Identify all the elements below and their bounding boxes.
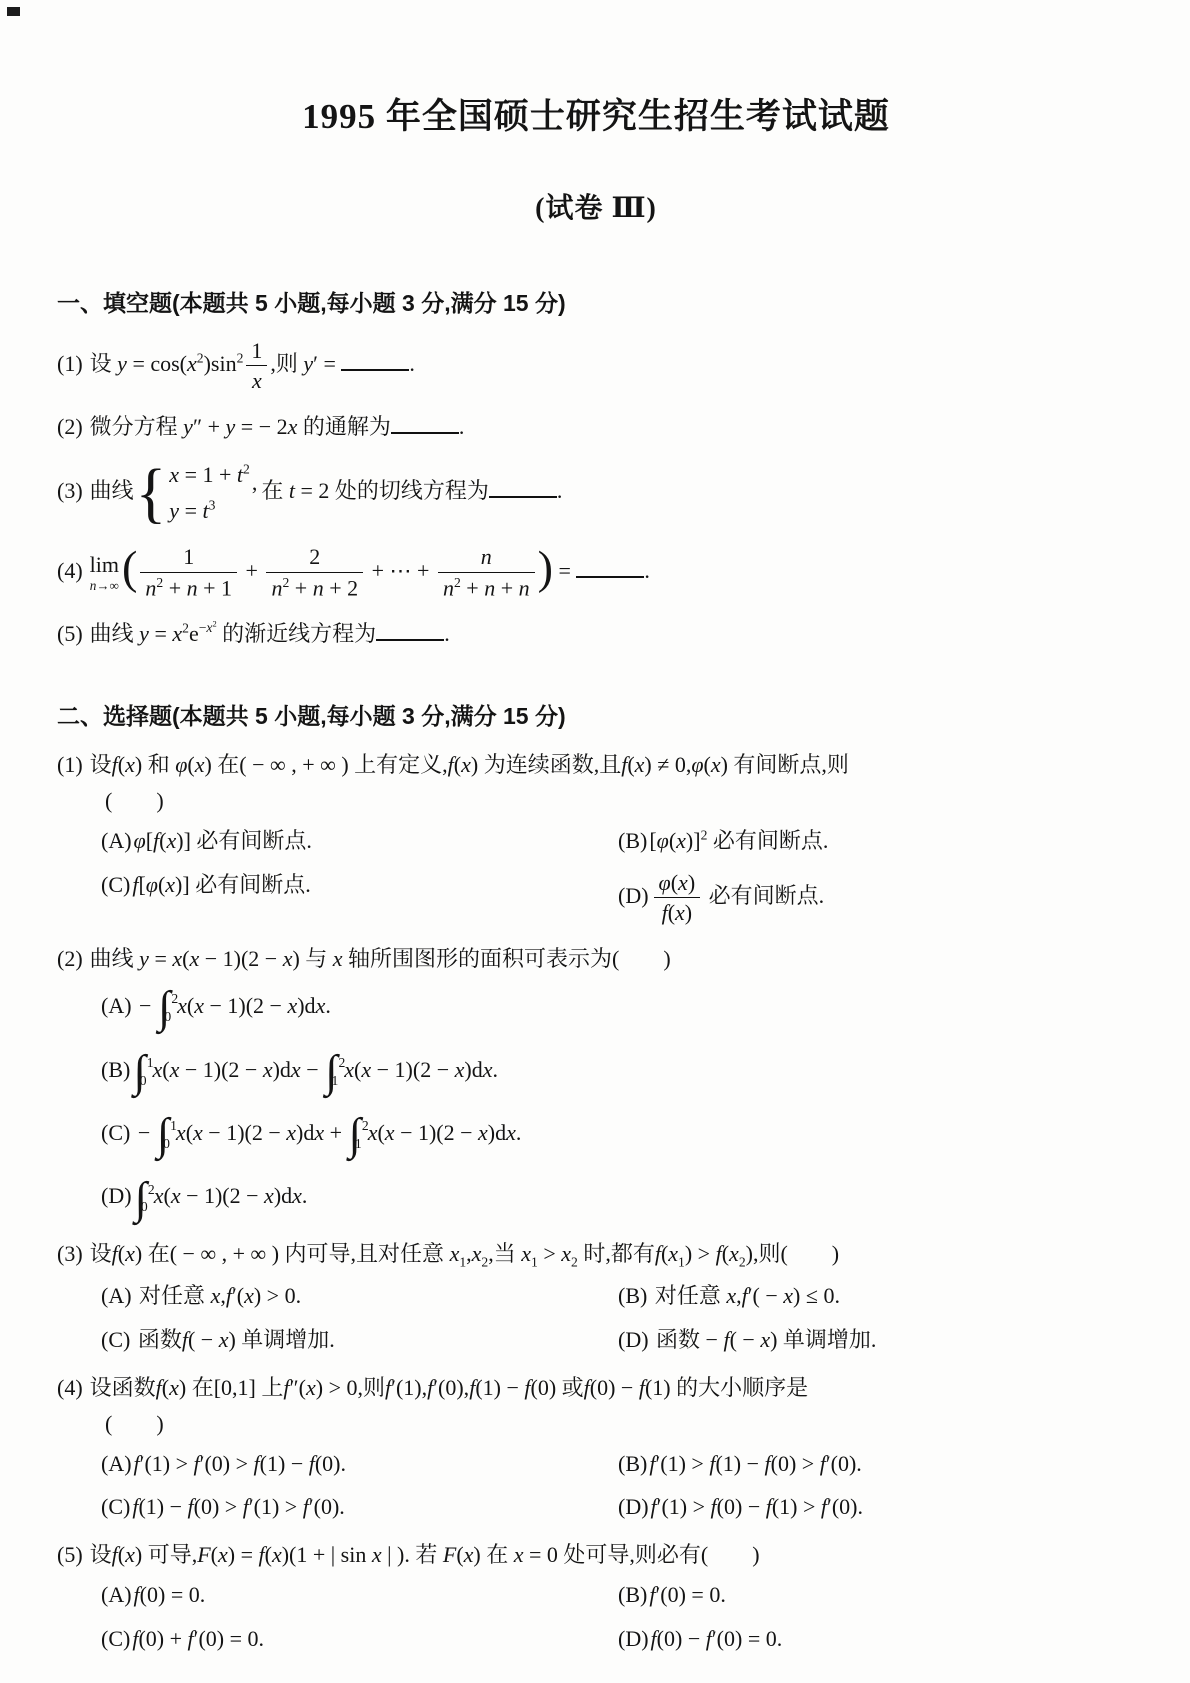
choice-item-1: (1)设f(x) 和 φ(x) 在( − ∞ , + ∞ ) 上有定义,f(x)… xyxy=(57,749,1135,927)
choice-item-5: (5)设f(x) 可导,F(x) = f(x)(1 + | sin x | ).… xyxy=(57,1539,1135,1655)
option-label: (D) xyxy=(618,883,649,908)
option-label: (B) xyxy=(618,1451,647,1476)
option-text: [φ(x)]2 必有间断点. xyxy=(649,828,828,853)
options-grid: (A)φ[f(x)] 必有间断点. (B)[φ(x)]2 必有间断点. (C)f… xyxy=(57,825,1135,927)
option-label: (C) xyxy=(101,872,130,897)
item-label: (4) xyxy=(57,558,83,583)
fill-section-heading: 一、填空题(本题共 5 小题,每小题 3 分,满分 15 分) xyxy=(57,287,1135,320)
option-text: ∫10x(x − 1)(2 − x)dx − ∫21x(x − 1)(2 − x… xyxy=(132,1057,498,1082)
option-text: f(0) = 0. xyxy=(134,1582,206,1607)
options-grid: (A) 对任意 x,f′(x) > 0. (B) 对任意 x,f′( − x) … xyxy=(57,1280,1135,1356)
choice-item-2: (2)曲线 y = x(x − 1)(2 − x) 与 x 轴所围图形的面积可表… xyxy=(57,943,1135,1222)
fill-item-3: (3)曲线{x = 1 + t2y = t3,在 t = 2 处的切线方程为. xyxy=(57,459,1135,528)
option-text: f′(1) > f(0) − f(1) > f′(0). xyxy=(651,1494,863,1519)
option-label: (A) xyxy=(101,1283,132,1308)
item-label: (2) xyxy=(57,946,83,971)
option-text: f′(0) = 0. xyxy=(649,1582,726,1607)
page-title: 1995 年全国硕士研究生招生考试试题 xyxy=(57,92,1135,143)
option-label: (A) xyxy=(101,993,132,1018)
option-A: (A)f(0) = 0. xyxy=(101,1579,618,1611)
option-D: (D)φ(x)f(x) 必有间断点. xyxy=(618,869,1135,927)
option-text: φ(x)f(x) 必有间断点. xyxy=(651,883,825,908)
options-list: (A) − ∫20x(x − 1)(2 − x)dx. (B)∫10x(x − … xyxy=(57,984,1135,1221)
option-text: 函数 − f( − x) 单调增加. xyxy=(651,1327,877,1352)
option-label: (C) xyxy=(101,1494,130,1519)
fill-item-2: (2)微分方程 y″ + y = − 2x 的通解为. xyxy=(57,411,1135,443)
option-text: f(0) − f′(0) = 0. xyxy=(651,1626,783,1651)
option-label: (A) xyxy=(101,828,132,853)
item-formula: 微分方程 y″ + y = − 2x 的通解为. xyxy=(90,414,465,439)
option-text: 函数f( − x) 单调增加. xyxy=(132,1327,334,1352)
answer-blank xyxy=(391,413,459,434)
choice-item-3: (3)设f(x) 在( − ∞ , + ∞ ) 内可导,且对任意 x1,x2,当… xyxy=(57,1238,1135,1356)
answer-blank xyxy=(376,620,444,641)
exam-page: 1995 年全国硕士研究生招生考试试题 (试卷 Ⅲ) 一、填空题(本题共 5 小… xyxy=(0,0,1190,1683)
option-label: (A) xyxy=(101,1582,132,1607)
answer-blank xyxy=(576,557,644,578)
option-C: (C) 函数f( − x) 单调增加. xyxy=(101,1324,618,1356)
stem-text: 设f(x) 在( − ∞ , + ∞ ) 内可导,且对任意 x1,x2,当 x1… xyxy=(90,1241,839,1266)
multiple-choice-section: 二、选择题(本题共 5 小题,每小题 3 分,满分 15 分) (1)设f(x)… xyxy=(57,700,1135,1655)
option-B: (B)∫10x(x − 1)(2 − x)dx − ∫21x(x − 1)(2 … xyxy=(101,1048,1135,1095)
option-D: (D)∫20x(x − 1)(2 − x)dx. xyxy=(101,1175,1135,1222)
item-label: (3) xyxy=(57,1241,83,1266)
option-label: (C) xyxy=(101,1120,130,1145)
item-formula: limn→∞(1n2 + n + 1 + 2n2 + n + 2 + ⋯ + n… xyxy=(90,558,650,583)
fill-in-section: 一、填空题(本题共 5 小题,每小题 3 分,满分 15 分) (1)设 y =… xyxy=(57,287,1135,649)
item-formula: 设 y = cos(x2)sin21x,则 y′ = . xyxy=(90,351,415,376)
question-stem: (3)设f(x) 在( − ∞ , + ∞ ) 内可导,且对任意 x1,x2,当… xyxy=(57,1238,1135,1272)
option-label: (D) xyxy=(618,1494,649,1519)
option-A: (A)f′(1) > f′(0) > f(1) − f(0). xyxy=(101,1448,618,1480)
option-text: 对任意 x,f′(x) > 0. xyxy=(134,1283,302,1308)
options-grid: (A)f(0) = 0. (B)f′(0) = 0. (C)f(0) + f′(… xyxy=(57,1579,1135,1655)
option-B: (B) 对任意 x,f′( − x) ≤ 0. xyxy=(618,1280,1135,1312)
item-label: (5) xyxy=(57,1542,83,1567)
option-text: ∫20x(x − 1)(2 − x)dx. xyxy=(134,1183,308,1208)
item-formula: 曲线{x = 1 + t2y = t3,在 t = 2 处的切线方程为. xyxy=(90,478,563,503)
option-label: (B) xyxy=(101,1057,130,1082)
option-text: 对任意 x,f′( − x) ≤ 0. xyxy=(649,1283,840,1308)
question-stem: (5)设f(x) 可导,F(x) = f(x)(1 + | sin x | ).… xyxy=(57,1539,1135,1571)
option-B: (B)[φ(x)]2 必有间断点. xyxy=(618,825,1135,857)
option-B: (B)f′(0) = 0. xyxy=(618,1579,1135,1611)
option-text: − ∫20x(x − 1)(2 − x)dx. xyxy=(134,993,331,1018)
item-label: (1) xyxy=(57,351,83,376)
choice-section-heading: 二、选择题(本题共 5 小题,每小题 3 分,满分 15 分) xyxy=(57,700,1135,733)
option-text: φ[f(x)] 必有间断点. xyxy=(134,828,312,853)
fill-item-5: (5)曲线 y = x2e−x2 的渐近线方程为. xyxy=(57,618,1135,650)
option-text: f(1) − f(0) > f′(1) > f′(0). xyxy=(132,1494,344,1519)
item-label: (1) xyxy=(57,752,83,777)
option-label: (D) xyxy=(101,1183,132,1208)
answer-paren: ( ) xyxy=(57,1408,1135,1440)
question-stem: (2)曲线 y = x(x − 1)(2 − x) 与 x 轴所围图形的面积可表… xyxy=(57,943,1135,975)
option-C: (C)f(1) − f(0) > f′(1) > f′(0). xyxy=(101,1491,618,1523)
item-label: (2) xyxy=(57,414,83,439)
option-text: − ∫10x(x − 1)(2 − x)dx + ∫21x(x − 1)(2 −… xyxy=(132,1120,521,1145)
option-B: (B)f′(1) > f(1) − f(0) > f′(0). xyxy=(618,1448,1135,1480)
option-label: (D) xyxy=(618,1327,649,1352)
item-formula: 曲线 y = x2e−x2 的渐近线方程为. xyxy=(90,621,450,646)
answer-blank xyxy=(489,477,557,498)
option-label: (B) xyxy=(618,1582,647,1607)
item-label: (4) xyxy=(57,1375,83,1400)
option-A: (A) 对任意 x,f′(x) > 0. xyxy=(101,1280,618,1312)
item-label: (5) xyxy=(57,621,83,646)
fill-item-4: (4)limn→∞(1n2 + n + 1 + 2n2 + n + 2 + ⋯ … xyxy=(57,543,1135,601)
option-text: f′(1) > f(1) − f(0) > f′(0). xyxy=(649,1451,861,1476)
option-label: (C) xyxy=(101,1327,130,1352)
option-text: f[φ(x)] 必有间断点. xyxy=(132,872,310,897)
option-C: (C) − ∫10x(x − 1)(2 − x)dx + ∫21x(x − 1)… xyxy=(101,1111,1135,1158)
options-grid: (A)f′(1) > f′(0) > f(1) − f(0). (B)f′(1)… xyxy=(57,1448,1135,1524)
option-C: (C)f[φ(x)] 必有间断点. xyxy=(101,869,618,927)
option-D: (D)f(0) − f′(0) = 0. xyxy=(618,1623,1135,1655)
option-D: (D) 函数 − f( − x) 单调增加. xyxy=(618,1324,1135,1356)
option-text: f′(1) > f′(0) > f(1) − f(0). xyxy=(134,1451,346,1476)
option-C: (C)f(0) + f′(0) = 0. xyxy=(101,1623,618,1655)
option-label: (D) xyxy=(618,1626,649,1651)
answer-blank xyxy=(341,350,409,371)
option-A: (A)φ[f(x)] 必有间断点. xyxy=(101,825,618,857)
option-label: (A) xyxy=(101,1451,132,1476)
stem-text: 设f(x) 可导,F(x) = f(x)(1 + | sin x | ). 若 … xyxy=(90,1542,760,1567)
scan-artifact xyxy=(7,7,20,16)
option-label: (B) xyxy=(618,828,647,853)
page-subtitle: (试卷 Ⅲ) xyxy=(57,189,1135,230)
fill-item-1: (1)设 y = cos(x2)sin21x,则 y′ = . xyxy=(57,337,1135,395)
choice-item-4: (4)设函数f(x) 在[0,1] 上f″(x) > 0,则f′(1),f′(0… xyxy=(57,1372,1135,1524)
stem-text: 曲线 y = x(x − 1)(2 − x) 与 x 轴所围图形的面积可表示为(… xyxy=(90,946,671,971)
stem-text: 设f(x) 和 φ(x) 在( − ∞ , + ∞ ) 上有定义,f(x) 为连… xyxy=(90,752,849,777)
option-label: (C) xyxy=(101,1626,130,1651)
option-D: (D)f′(1) > f(0) − f(1) > f′(0). xyxy=(618,1491,1135,1523)
question-stem: (4)设函数f(x) 在[0,1] 上f″(x) > 0,则f′(1),f′(0… xyxy=(57,1372,1135,1404)
option-text: f(0) + f′(0) = 0. xyxy=(132,1626,264,1651)
option-label: (B) xyxy=(618,1283,647,1308)
item-label: (3) xyxy=(57,478,83,503)
stem-text: 设函数f(x) 在[0,1] 上f″(x) > 0,则f′(1),f′(0),f… xyxy=(90,1375,808,1400)
question-stem: (1)设f(x) 和 φ(x) 在( − ∞ , + ∞ ) 上有定义,f(x)… xyxy=(57,749,1135,781)
answer-paren: ( ) xyxy=(57,785,1135,817)
option-A: (A) − ∫20x(x − 1)(2 − x)dx. xyxy=(101,984,1135,1031)
